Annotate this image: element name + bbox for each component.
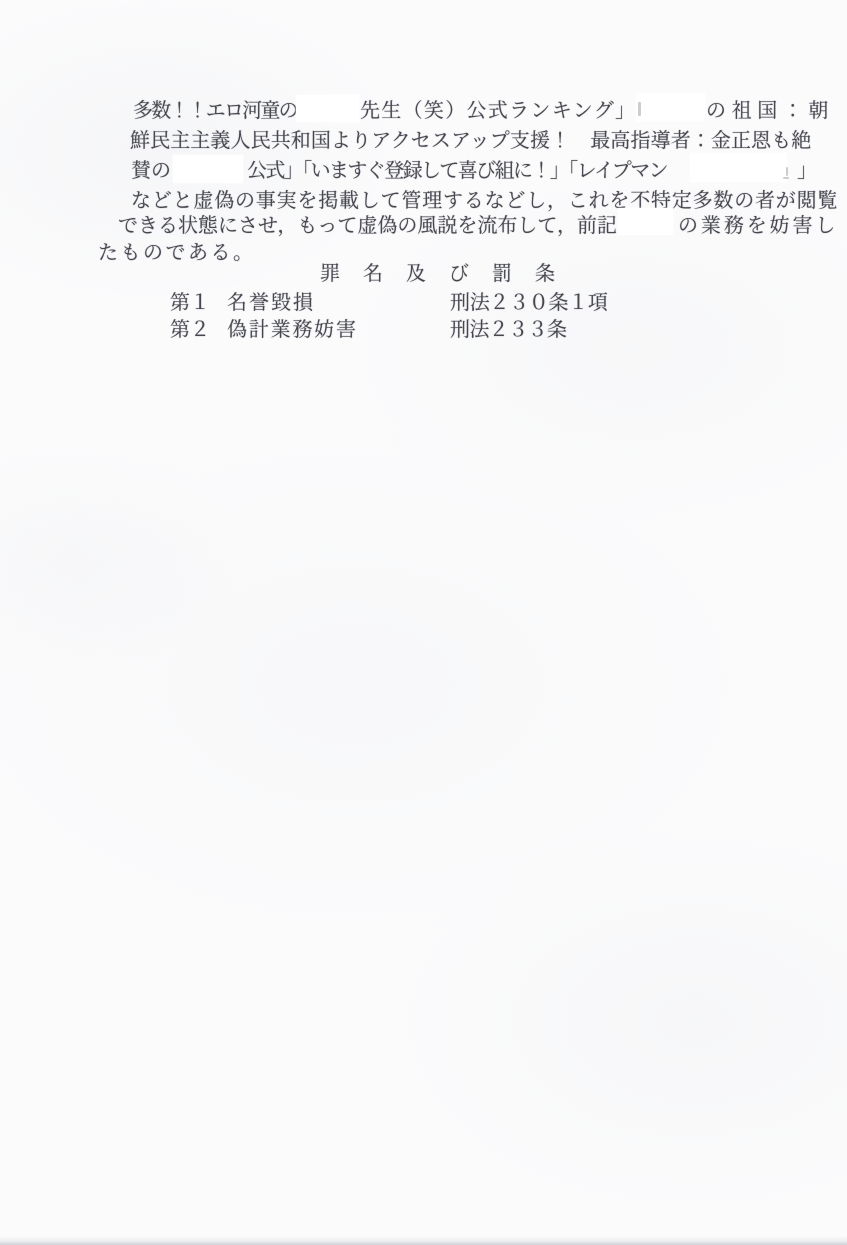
body-line3-text1: 賛の <box>131 159 171 183</box>
redaction-box <box>296 95 359 122</box>
charge-1-offense: 名誉毀損 <box>227 291 315 315</box>
redacted-text-fragment <box>786 167 788 176</box>
body-line6-text: たものである。 <box>98 241 256 265</box>
body-line3-text3: 」 <box>797 159 817 183</box>
body-line5-text2: の業務を妨害し <box>678 214 838 238</box>
redaction-box <box>618 208 673 235</box>
charge-2-statute: 刑法２３３条 <box>450 318 566 342</box>
section-heading: 罪 名 及 び 罰 条 <box>320 262 557 286</box>
body-line4-text: などと虚偽の事実を掲載して管理するなどし，これを不特定多数の者が閲覧 <box>131 189 838 213</box>
redaction-box <box>636 93 705 121</box>
redaction-box <box>173 155 243 183</box>
charge-1-statute: 刑法２３０条１項 <box>450 291 608 315</box>
charge-1-number: 第１ <box>170 291 210 315</box>
body-line1-text2: 先生（笑）公式ランキング」「 <box>360 99 648 123</box>
scan-bottom-edge <box>0 1236 847 1245</box>
scanned-document-page: 多数！！エロ河童の 先生（笑）公式ランキング」「 の祖国：朝 鮮民主主義人民共和… <box>0 0 847 1245</box>
body-line1-text3: の祖国：朝 <box>706 99 834 123</box>
redaction-box <box>690 153 787 182</box>
body-line1-text1: 多数！！エロ河童の <box>133 99 297 123</box>
body-line3-text2: 公式」「いますぐ登録して喜び組に！」「レイプマン <box>247 159 667 183</box>
redacted-text-fragment <box>638 102 641 116</box>
charge-2-offense: 偽計業務妨害 <box>227 318 358 342</box>
body-line2-text: 鮮民主主義人民共和国よりアクセスアップ支援！ 最高指導者：金正恩も絶 <box>130 129 811 153</box>
charge-2-number: 第２ <box>170 318 210 342</box>
redacted-text-fragment <box>783 177 789 179</box>
body-line5-text1: できる状態にさせ，もって虚偽の風説を流布して，前記 <box>118 214 617 238</box>
